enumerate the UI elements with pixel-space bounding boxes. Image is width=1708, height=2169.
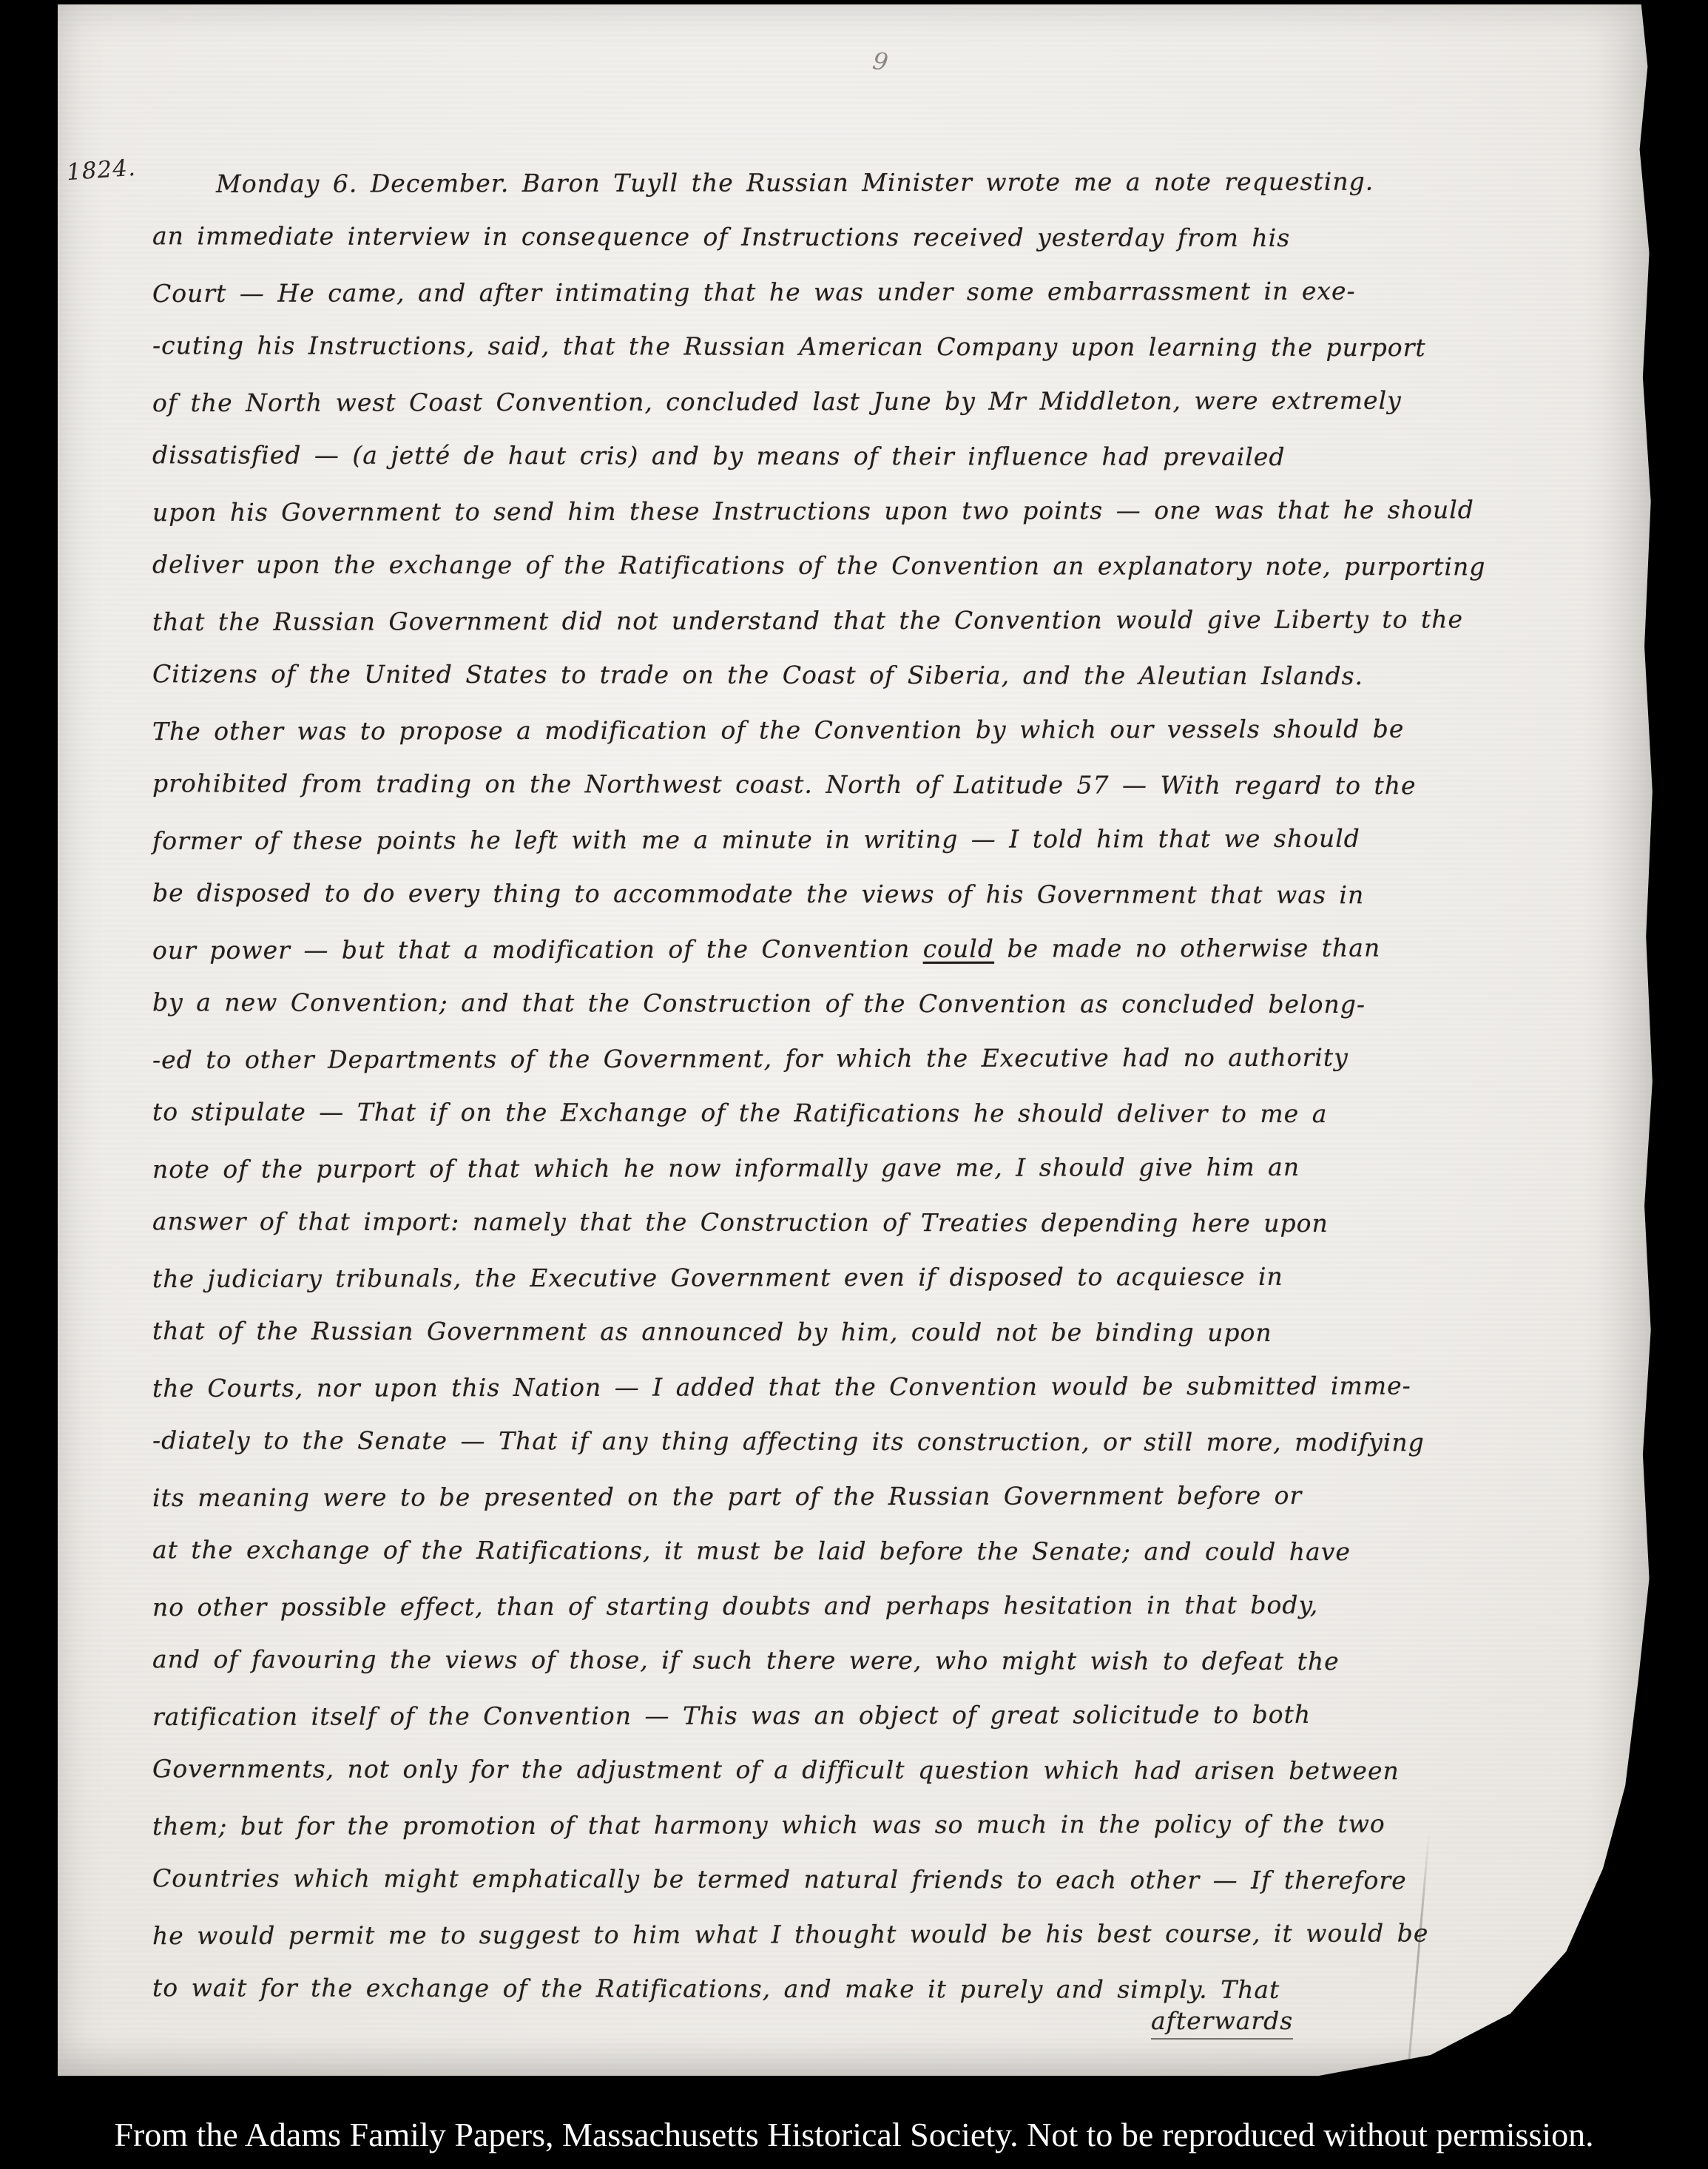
- manuscript-line: of the North west Coast Convention, conc…: [152, 373, 1623, 431]
- manuscript-line: to wait for the exchange of the Ratifica…: [152, 1960, 1623, 2017]
- manuscript-line: former of these points he left with me a…: [152, 811, 1623, 868]
- manuscript-line: the Courts, nor upon this Nation — I add…: [152, 1358, 1623, 1416]
- manuscript-line: upon his Government to send him these In…: [152, 482, 1623, 540]
- manuscript-line: an immediate interview in consequence of…: [152, 209, 1623, 266]
- manuscript-line: to stipulate — That if on the Exchange o…: [152, 1084, 1623, 1141]
- manuscript-line: Monday 6. December. Baron Tuyll the Russ…: [152, 154, 1623, 212]
- manuscript-line: Court — He came, and after intimating th…: [152, 263, 1623, 321]
- manuscript-line: and of favouring the views of those, if …: [152, 1632, 1623, 1689]
- manuscript-line: -cuting his Instructions, said, that the…: [152, 318, 1623, 375]
- manuscript-line: Governments, not only for the adjustment…: [152, 1741, 1623, 1798]
- manuscript-line: dissatisfied — (a jetté de haut cris) an…: [152, 428, 1623, 485]
- attribution-text: From the Adams Family Papers, Massachuse…: [114, 2115, 1593, 2154]
- manuscript-line: that of the Russian Government as announ…: [152, 1303, 1623, 1360]
- manuscript-page: 9 1824. Monday 6. December. Baron Tuyll …: [58, 4, 1654, 2076]
- manuscript-line: -diately to the Senate — That if any thi…: [152, 1413, 1623, 1470]
- manuscript-line: that the Russian Government did not unde…: [152, 592, 1623, 650]
- catchword: afterwards: [1151, 2006, 1293, 2040]
- manuscript-line: note of the purport of that which he now…: [152, 1139, 1623, 1197]
- manuscript-line: at the exchange of the Ratifications, it…: [152, 1522, 1623, 1579]
- manuscript-line: Countries which might emphatically be te…: [152, 1851, 1623, 1908]
- manuscript-line: be disposed to do every thing to accommo…: [152, 866, 1623, 922]
- margin-year: 1824.: [66, 155, 137, 186]
- scan-background: 9 1824. Monday 6. December. Baron Tuyll …: [0, 0, 1708, 2169]
- manuscript-line: by a new Convention; and that the Constr…: [152, 975, 1623, 1032]
- page-number: 9: [871, 47, 889, 76]
- manuscript-line: the judiciary tribunals, the Executive G…: [152, 1249, 1623, 1306]
- manuscript-line: no other possible effect, than of starti…: [152, 1577, 1623, 1635]
- manuscript-line: answer of that import: namely that the C…: [152, 1194, 1623, 1251]
- manuscript-line: The other was to propose a modification …: [152, 701, 1623, 759]
- manuscript-line: deliver upon the exchange of the Ratific…: [152, 537, 1623, 594]
- manuscript-line: -ed to other Departments of the Governme…: [152, 1030, 1623, 1087]
- manuscript-line: them; but for the promotion of that harm…: [152, 1796, 1623, 1854]
- attribution-bar: From the Adams Family Papers, Massachuse…: [0, 2099, 1708, 2169]
- manuscript-line: Citizens of the United States to trade o…: [152, 647, 1623, 704]
- manuscript-lines: Monday 6. December. Baron Tuyll the Russ…: [152, 155, 1623, 2017]
- manuscript-line: its meaning were to be presented on the …: [152, 1468, 1623, 1525]
- manuscript-line: he would permit me to suggest to him wha…: [152, 1906, 1623, 1963]
- manuscript-line: ratification itself of the Convention — …: [152, 1687, 1623, 1744]
- manuscript-line: our power — but that a modification of t…: [152, 920, 1623, 978]
- manuscript-line: prohibited from trading on the Northwest…: [152, 756, 1623, 813]
